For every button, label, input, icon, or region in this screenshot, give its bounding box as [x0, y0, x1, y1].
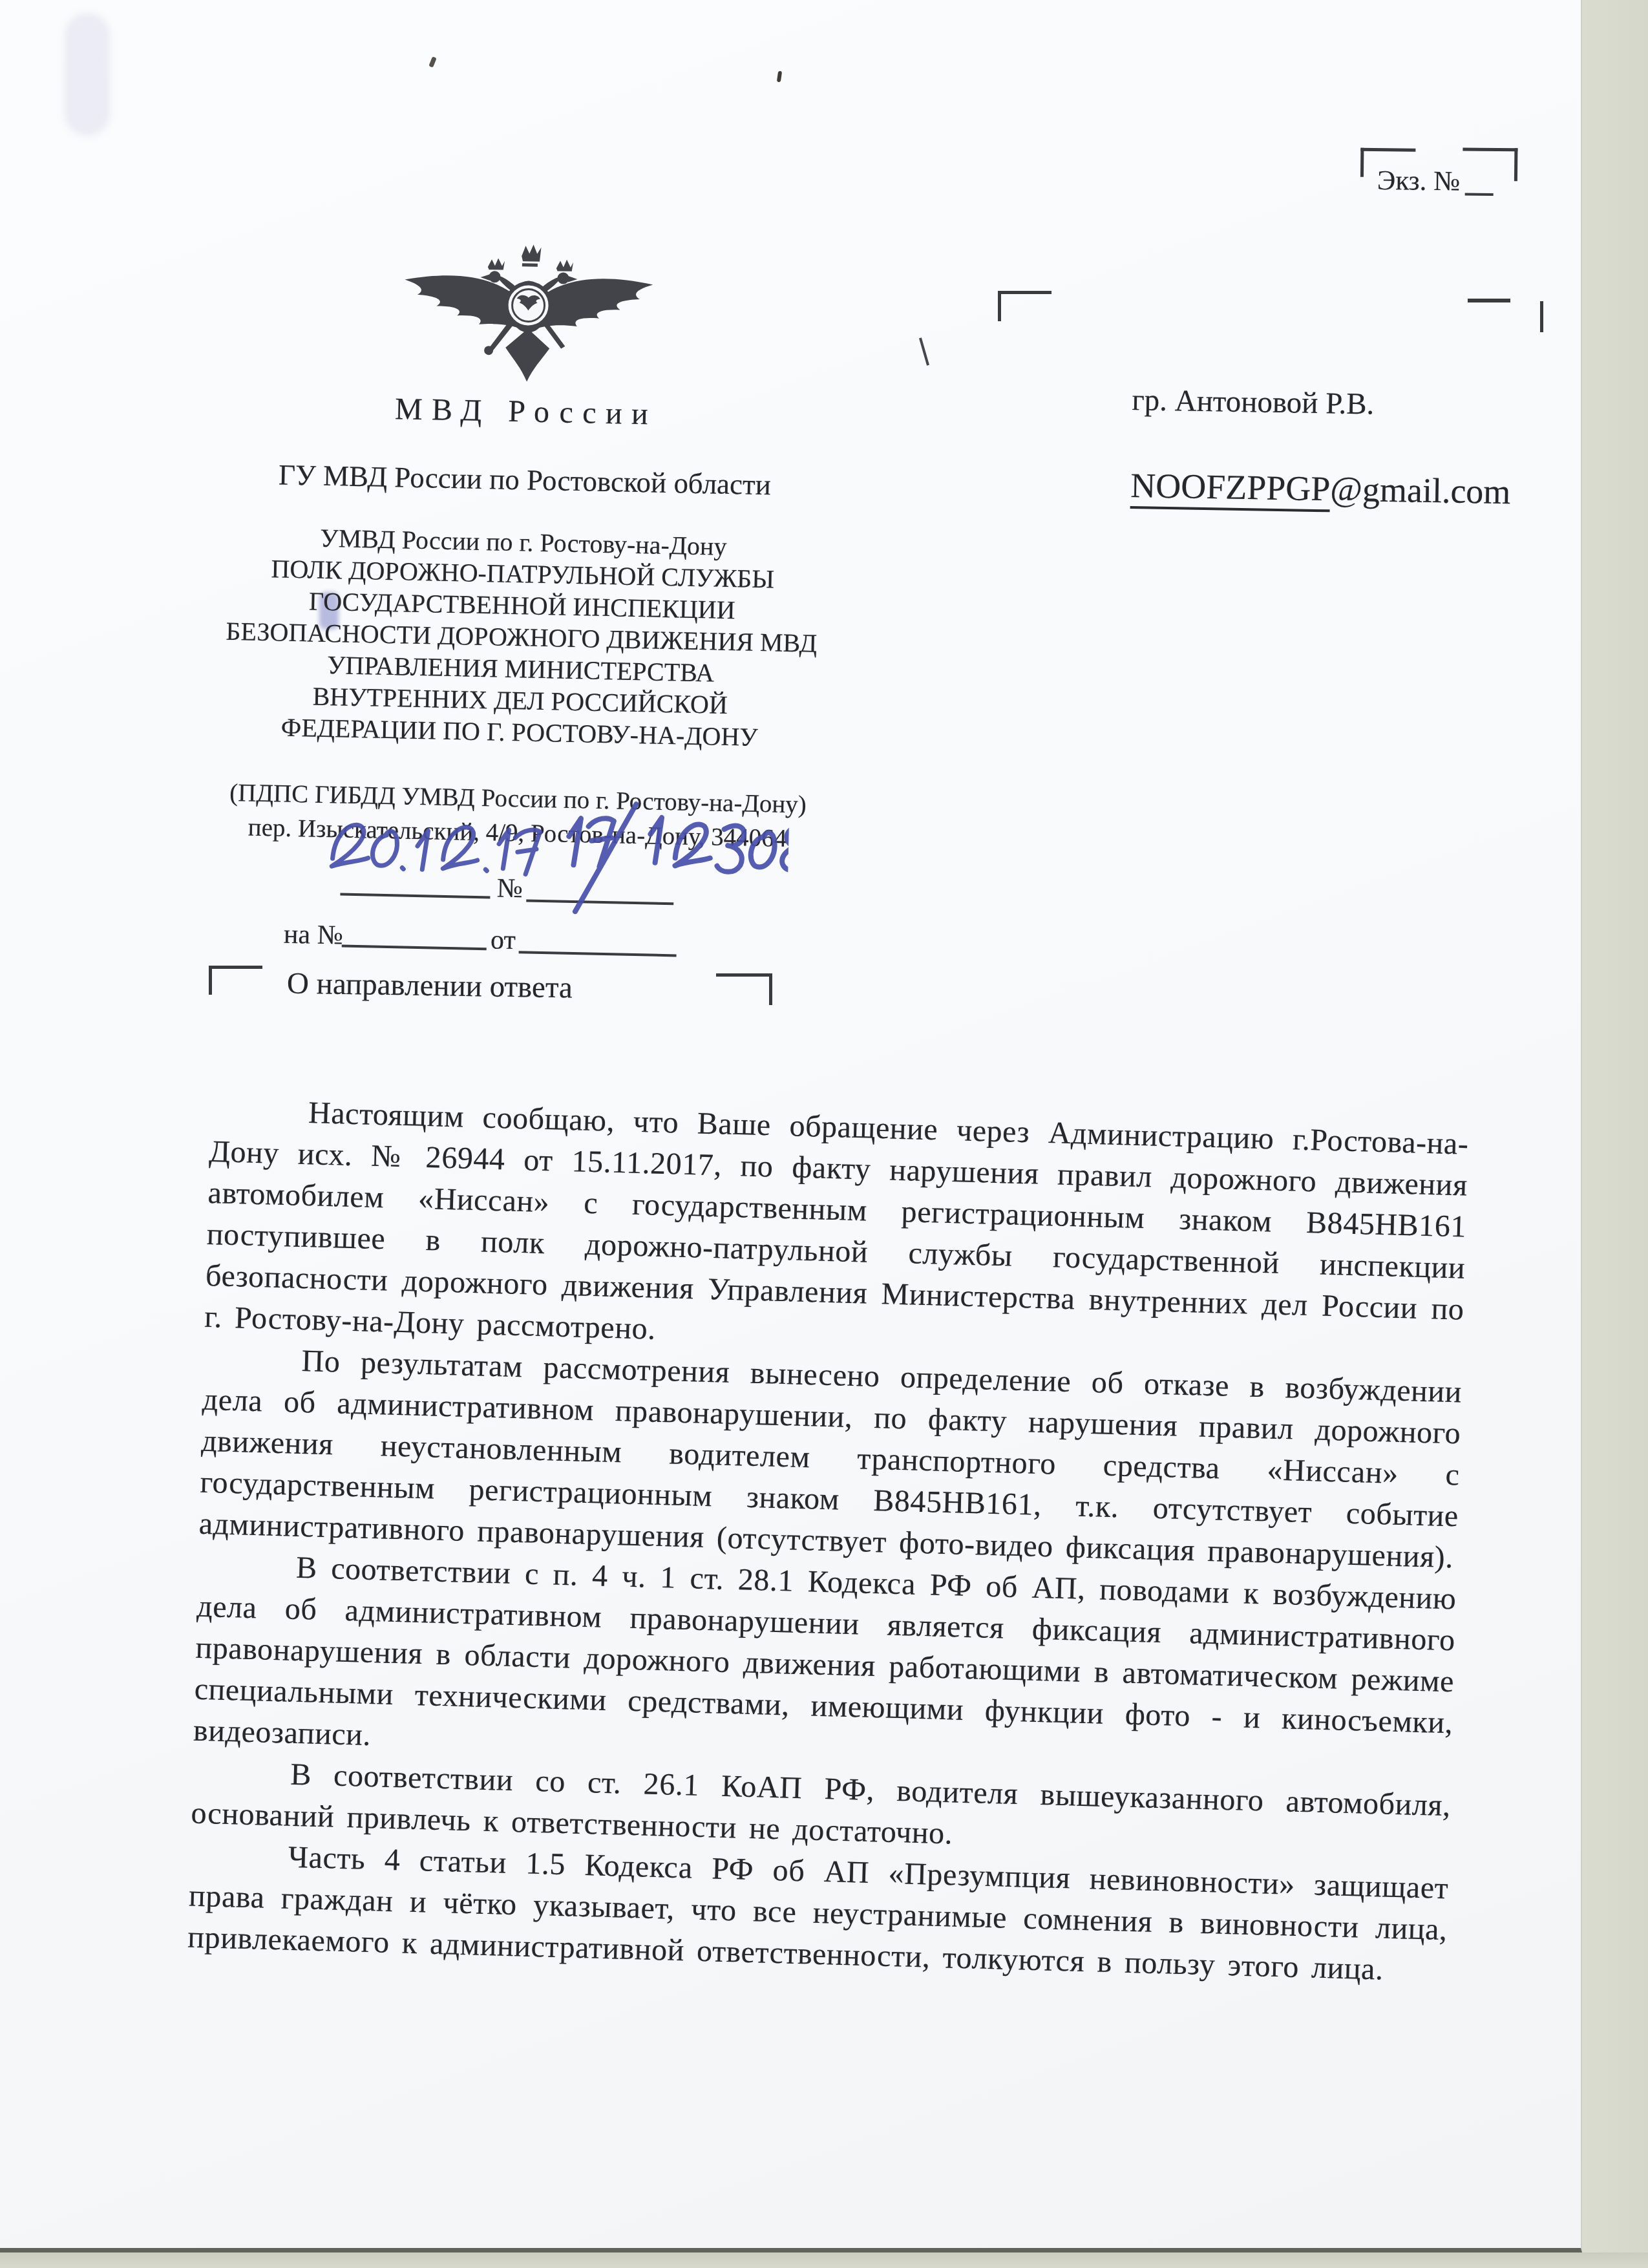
- scanned-letter-page: { "ekz": { "label": "Экз. №" }, "header"…: [0, 0, 1648, 2268]
- reply-to-number-label: на №: [284, 919, 344, 951]
- mvd-emblem-icon: [391, 231, 666, 389]
- body-paragraph: По результатам рассмотрения вынесено опр…: [198, 1338, 1463, 1579]
- addressee-name: гр. Антоновой Р.В.: [1132, 383, 1512, 424]
- registration-number-row: №: [193, 853, 840, 917]
- corner-bracket-icon: [1468, 299, 1510, 302]
- corner-bracket-icon: [1540, 301, 1543, 332]
- email-domain-part: @gmail.com: [1330, 469, 1511, 511]
- org-postal-address: пер. Изыскательский, 4/9, Ростов-на-Дону…: [194, 812, 841, 854]
- number-sign: №: [496, 873, 523, 905]
- number-blank-line: [526, 900, 673, 906]
- reply-number-blank-line: [342, 945, 487, 951]
- reply-date-label: от: [491, 924, 516, 956]
- addressee-block: гр. Антоновой Р.В. NOOFZPPGP@gmail.com: [1130, 383, 1513, 512]
- scanner-background-right: [1582, 0, 1648, 2268]
- email-user-part: NOOFZPPGP: [1130, 466, 1331, 512]
- letterhead: МВД России ГУ МВД России по Ростовской о…: [191, 228, 852, 967]
- copy-number-blank: [1465, 169, 1494, 195]
- addressee-email: NOOFZPPGP@gmail.com: [1130, 465, 1511, 512]
- ink-smudge: [65, 13, 110, 136]
- date-blank-line: [340, 893, 490, 899]
- corner-bracket-icon: [209, 966, 262, 995]
- org-full-name: УМВД России по г. Ростову-на-Дону ПОЛК Д…: [196, 520, 847, 755]
- copy-number-label: Экз. №: [1377, 165, 1461, 197]
- body-paragraph: Настоящим сообщаю, что Ваше обращение че…: [204, 1090, 1470, 1372]
- letter-body: Настоящим сообщаю, что Ваше обращение че…: [187, 1090, 1470, 1992]
- copy-number-block: Экз. №: [1353, 142, 1522, 208]
- corner-bracket-icon: [998, 291, 1051, 321]
- corner-bracket-icon: [716, 973, 772, 1005]
- scanner-background-bottom: [0, 2252, 1648, 2268]
- org-parent-name: ГУ МВД России по Ростовской области: [201, 456, 848, 503]
- reply-date-blank-line: [519, 951, 677, 957]
- org-short-name: МВД России: [203, 387, 850, 436]
- body-paragraph: В соответствии с п. 4 ч. 1 ст. 28.1 Коде…: [193, 1545, 1457, 1786]
- subject-line: О направлении ответа: [287, 966, 573, 1006]
